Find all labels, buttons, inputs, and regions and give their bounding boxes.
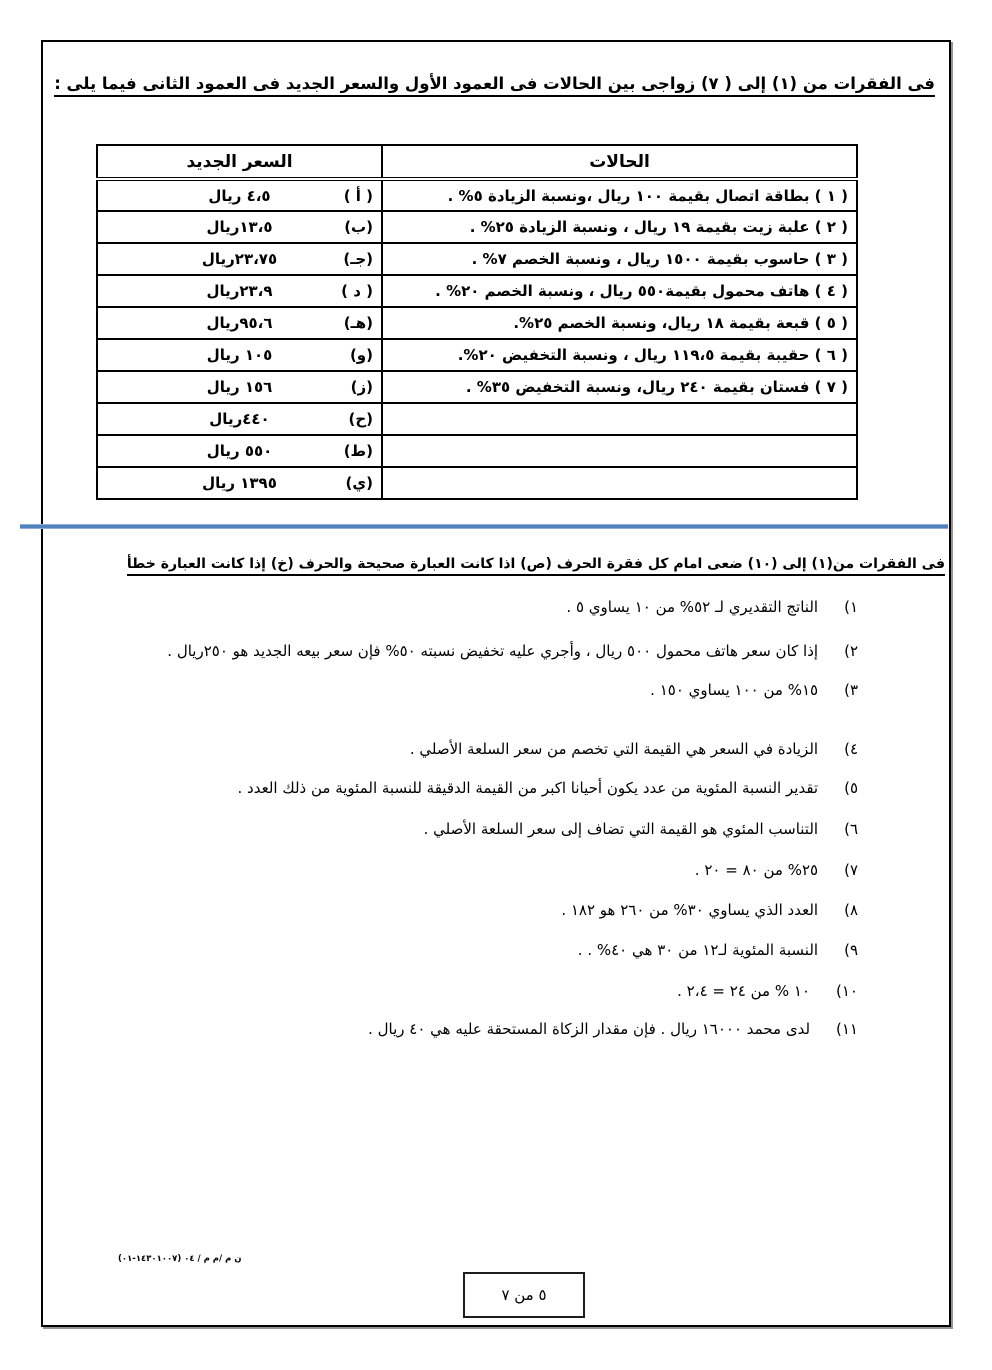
item-number: ٩): [844, 941, 858, 959]
tf-item-11: ١١)لدى محمد ١٦٠٠٠ ريال . فإن مقدار الزكا…: [368, 1020, 858, 1038]
table-row: ( ١ ) بطاقة اتصال بقيمة ١٠٠ ريال ،ونسبة …: [97, 179, 857, 211]
item-number: ١١): [836, 1020, 858, 1038]
option-letter: ( د ): [341, 282, 373, 300]
cases-column-header: الحالات: [382, 145, 857, 179]
case-text: [382, 435, 857, 467]
option-letter: (هـ): [344, 314, 373, 332]
case-text: ( ٣ ) حاسوب بقيمة ١٥٠٠ ريال ، ونسبة الخص…: [382, 243, 857, 275]
price-value: ١٣٩٥ ريال: [202, 474, 277, 492]
tf-item-5: ٥)تقدير النسبة المئوية من عدد يكون أحيان…: [238, 779, 859, 797]
tf-item-9: ٩)النسبة المئوية لـ١٢ من ٣٠ هي ٤٠% . .: [578, 941, 858, 959]
item-text: إذا كان سعر هاتف محمول ٥٠٠ ريال ، وأجري …: [167, 642, 818, 660]
tf-item-10: ١٠)١٠ % من ٢٤ = ٢،٤ .: [677, 982, 858, 1000]
section2-title: فى الفقرات من(١) إلى (١٠) ضعى امام كل فق…: [127, 556, 945, 576]
case-text: [382, 467, 857, 499]
document-page: { "colors": { "divider_blue": "#4f81bd",…: [0, 0, 992, 1370]
item-number: ٣): [844, 681, 858, 699]
case-text: ( ٢ ) علبة زيت بقيمة ١٩ ريال ، ونسبة الز…: [382, 211, 857, 243]
item-number: ٤): [844, 740, 858, 758]
document-code: ن م /م م / ٠٤ (١٤٣٠١٠٠٧-٠١): [118, 1254, 242, 1264]
table-header-row: الحالات السعر الجديد: [97, 145, 857, 179]
option-letter: (ز): [351, 378, 373, 396]
tf-item-6: ٦)التناسب المئوي هو القيمة التي تضاف إلى…: [424, 820, 858, 838]
price-value: ١٠٥ ريال: [207, 346, 273, 364]
price-value: ٢٣،٧٥ريال: [202, 250, 277, 268]
item-text: الزيادة في السعر هي القيمة التي تخصم من …: [410, 740, 818, 758]
option-letter: (ي): [346, 474, 373, 492]
item-text: العدد الذي يساوي ٣٠% من ٢٦٠ هو ١٨٢ .: [561, 901, 818, 919]
table-row: ( ٢ ) علبة زيت بقيمة ١٩ ريال ، ونسبة الز…: [97, 211, 857, 243]
item-number: ١٠): [836, 982, 858, 1000]
table-row: (ي)١٣٩٥ ريال: [97, 467, 857, 499]
price-value: ١٥٦ ريال: [207, 378, 273, 396]
item-number: ٧): [844, 861, 858, 879]
table-row: ( ٤ ) هاتف محمول بقيمة٥٥٠ ريال ، ونسبة ا…: [97, 275, 857, 307]
item-text: ٢٥% من ٨٠ = ٢٠ .: [695, 861, 818, 879]
case-text: ( ٦ ) حقيبة بقيمة ١١٩،٥ ريال ، ونسبة الت…: [382, 339, 857, 371]
price-value: ٢٣،٩ريال: [206, 282, 272, 300]
item-number: ١): [844, 598, 858, 616]
item-text: لدى محمد ١٦٠٠٠ ريال . فإن مقدار الزكاة ا…: [368, 1020, 810, 1038]
price-value: ١٣،٥ريال: [206, 218, 272, 236]
tf-item-7: ٧)٢٥% من ٨٠ = ٢٠ .: [695, 861, 858, 879]
case-text: ( ١ ) بطاقة اتصال بقيمة ١٠٠ ريال ،ونسبة …: [382, 179, 857, 211]
option-letter: (ح): [348, 410, 373, 428]
item-text: ١٥% من ١٠٠ يساوي ١٥٠ .: [650, 681, 818, 699]
tf-item-2: ٢)إذا كان سعر هاتف محمول ٥٠٠ ريال ، وأجر…: [167, 642, 858, 660]
tf-item-8: ٨)العدد الذي يساوي ٣٠% من ٢٦٠ هو ١٨٢ .: [561, 901, 858, 919]
option-letter: (و): [350, 346, 373, 364]
matching-table: الحالات السعر الجديد ( ١ ) بطاقة اتصال ب…: [96, 144, 858, 500]
case-text: ( ٤ ) هاتف محمول بقيمة٥٥٠ ريال ، ونسبة ا…: [382, 275, 857, 307]
page-number-box: ٥ من ٧: [463, 1272, 585, 1318]
option-letter: (ب): [344, 218, 373, 236]
tf-item-4: ٤)الزيادة في السعر هي القيمة التي تخصم م…: [410, 740, 858, 758]
table-row: ( ٥ ) قبعة بقيمة ١٨ ريال، ونسبة الخصم ٢٥…: [97, 307, 857, 339]
option-letter: ( أ ): [344, 187, 373, 205]
item-number: ٢): [844, 642, 858, 660]
item-text: ١٠ % من ٢٤ = ٢،٤ .: [677, 982, 810, 1000]
price-value: ٤،٥ ريال: [208, 187, 270, 205]
option-letter: (جـ): [343, 250, 373, 268]
section-divider-line: [20, 524, 948, 529]
item-text: تقدير النسبة المئوية من عدد يكون أحيانا …: [238, 779, 819, 797]
item-text: النسبة المئوية لـ١٢ من ٣٠ هي ٤٠% . .: [578, 941, 818, 959]
price-value: ٤٤٠ريال: [209, 410, 269, 428]
table-row: (ح)٤٤٠ريال: [97, 403, 857, 435]
table-row: (ط)٥٥٠ ريال: [97, 435, 857, 467]
section1-title: فى الفقرات من (١) إلى ( ٧) زواجى بين الح…: [54, 74, 935, 97]
item-number: ٦): [844, 820, 858, 838]
option-letter: (ط): [344, 442, 373, 460]
tf-item-3: ٣)١٥% من ١٠٠ يساوي ١٥٠ .: [650, 681, 858, 699]
tf-item-1: ١)الناتج التقديري لـ ٥٢% من ١٠ يساوي ٥ .: [566, 598, 858, 616]
new-price-column-header: السعر الجديد: [97, 145, 382, 179]
table-row: ( ٧ ) فستان بقيمة ٢٤٠ ريال، ونسبة التخفي…: [97, 371, 857, 403]
case-text: ( ٥ ) قبعة بقيمة ١٨ ريال، ونسبة الخصم ٢٥…: [382, 307, 857, 339]
table-row: ( ٦ ) حقيبة بقيمة ١١٩،٥ ريال ، ونسبة الت…: [97, 339, 857, 371]
item-number: ٨): [844, 901, 858, 919]
table-row: ( ٣ ) حاسوب بقيمة ١٥٠٠ ريال ، ونسبة الخص…: [97, 243, 857, 275]
price-value: ٩٥،٦ريال: [206, 314, 272, 332]
item-text: الناتج التقديري لـ ٥٢% من ١٠ يساوي ٥ .: [566, 598, 818, 616]
case-text: [382, 403, 857, 435]
case-text: ( ٧ ) فستان بقيمة ٢٤٠ ريال، ونسبة التخفي…: [382, 371, 857, 403]
item-number: ٥): [844, 779, 858, 797]
item-text: التناسب المئوي هو القيمة التي تضاف إلى س…: [424, 820, 818, 838]
price-value: ٥٥٠ ريال: [207, 442, 273, 460]
